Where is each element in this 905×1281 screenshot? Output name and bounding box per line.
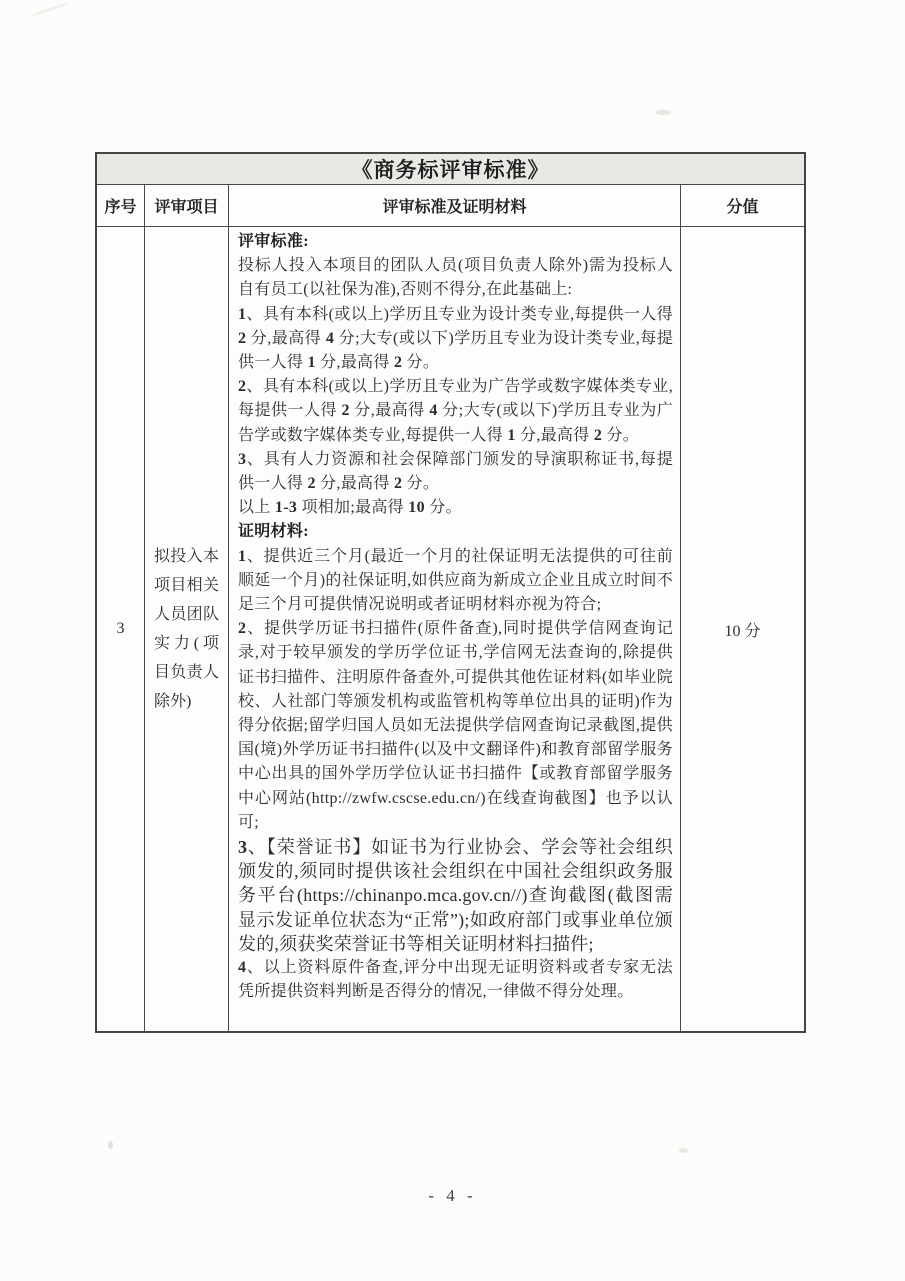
scan-artifact xyxy=(31,2,70,17)
row-score-cell: 10 分 xyxy=(681,227,804,1031)
header-no: 序号 xyxy=(97,185,145,227)
materials-paragraph: 4、以上资料原件备查,评分中出现无证明资料或者专家无法凭所提供资料判断是否得分的… xyxy=(238,956,673,1004)
materials-paragraph: 1、提供近三个月(最近一个月的社保证明无法提供的可往前顺延一个月)的社保证明,如… xyxy=(238,545,673,618)
scan-artifact xyxy=(679,1148,688,1153)
document-page: 《商务标评审标准》 序号 评审项目 评审标准及证明材料 分值 3 拟投入本项目相… xyxy=(0,0,905,1281)
scan-artifact xyxy=(108,1141,113,1149)
materials-paragraph: 3、【荣誉证书】如证书为行业协会、学会等社会组织颁发的,须同时提供该社会组织在中… xyxy=(238,835,673,956)
materials-paragraph: 2、提供学历证书扫描件(原件备查),同时提供学信网查询记录,对于较早颁发的学历学… xyxy=(238,617,673,835)
row-number-cell: 3 xyxy=(97,227,145,1031)
criteria-paragraph: 1、具有本科(或以上)学历且专业为设计类专业,每提供一人得 2 分,最高得 4 … xyxy=(238,303,673,376)
page-number: - 4 - xyxy=(0,1186,905,1206)
criteria-paragraph: 投标人投入本项目的团队人员(项目负责人除外)需为投标人自有员工(以社保为准),否… xyxy=(238,254,673,302)
header-criteria: 评审标准及证明材料 xyxy=(229,185,681,227)
criteria-paragraph: 3、具有人力资源和社会保障部门颁发的导演职称证书,每提供一人得 2 分,最高得 … xyxy=(238,448,673,496)
row-item-cell: 拟投入本项目相关人员团队实力(项目负责人除外) xyxy=(145,227,229,1031)
materials-section-heading: 证明材料: xyxy=(238,520,673,544)
header-item: 评审项目 xyxy=(145,185,229,227)
criteria-paragraph: 以上 1-3 项相加;最高得 10 分。 xyxy=(238,496,673,520)
table-title: 《商务标评审标准》 xyxy=(97,154,804,185)
evaluation-criteria-table: 《商务标评审标准》 序号 评审项目 评审标准及证明材料 分值 3 拟投入本项目相… xyxy=(95,152,806,1033)
header-score: 分值 xyxy=(681,185,804,227)
row-item-text: 拟投入本项目相关人员团队实力(项目负责人除外) xyxy=(154,542,219,716)
scan-artifact xyxy=(655,110,671,115)
criteria-paragraph: 2、具有本科(或以上)学历且专业为广告学或数字媒体类专业,每提供一人得 2 分,… xyxy=(238,375,673,448)
criteria-section-heading: 评审标准: xyxy=(238,230,673,254)
row-criteria-cell: 评审标准: 投标人投入本项目的团队人员(项目负责人除外)需为投标人自有员工(以社… xyxy=(229,227,681,1031)
